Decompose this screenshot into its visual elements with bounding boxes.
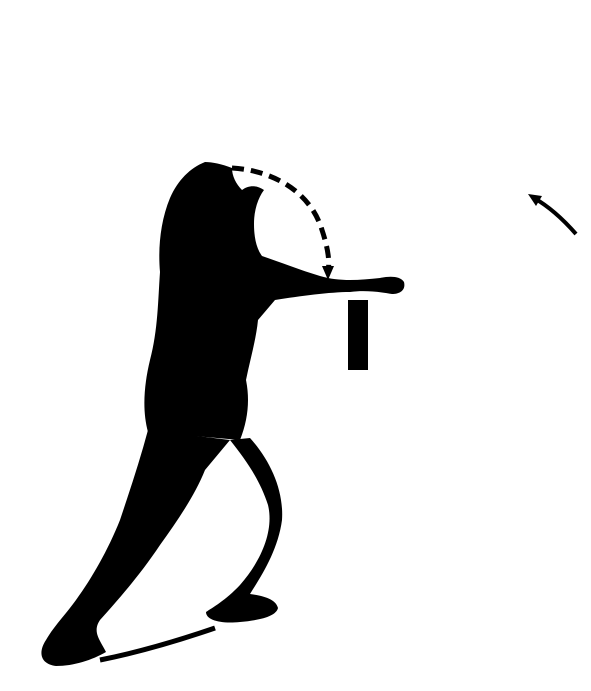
photo-scene (0, 0, 591, 691)
